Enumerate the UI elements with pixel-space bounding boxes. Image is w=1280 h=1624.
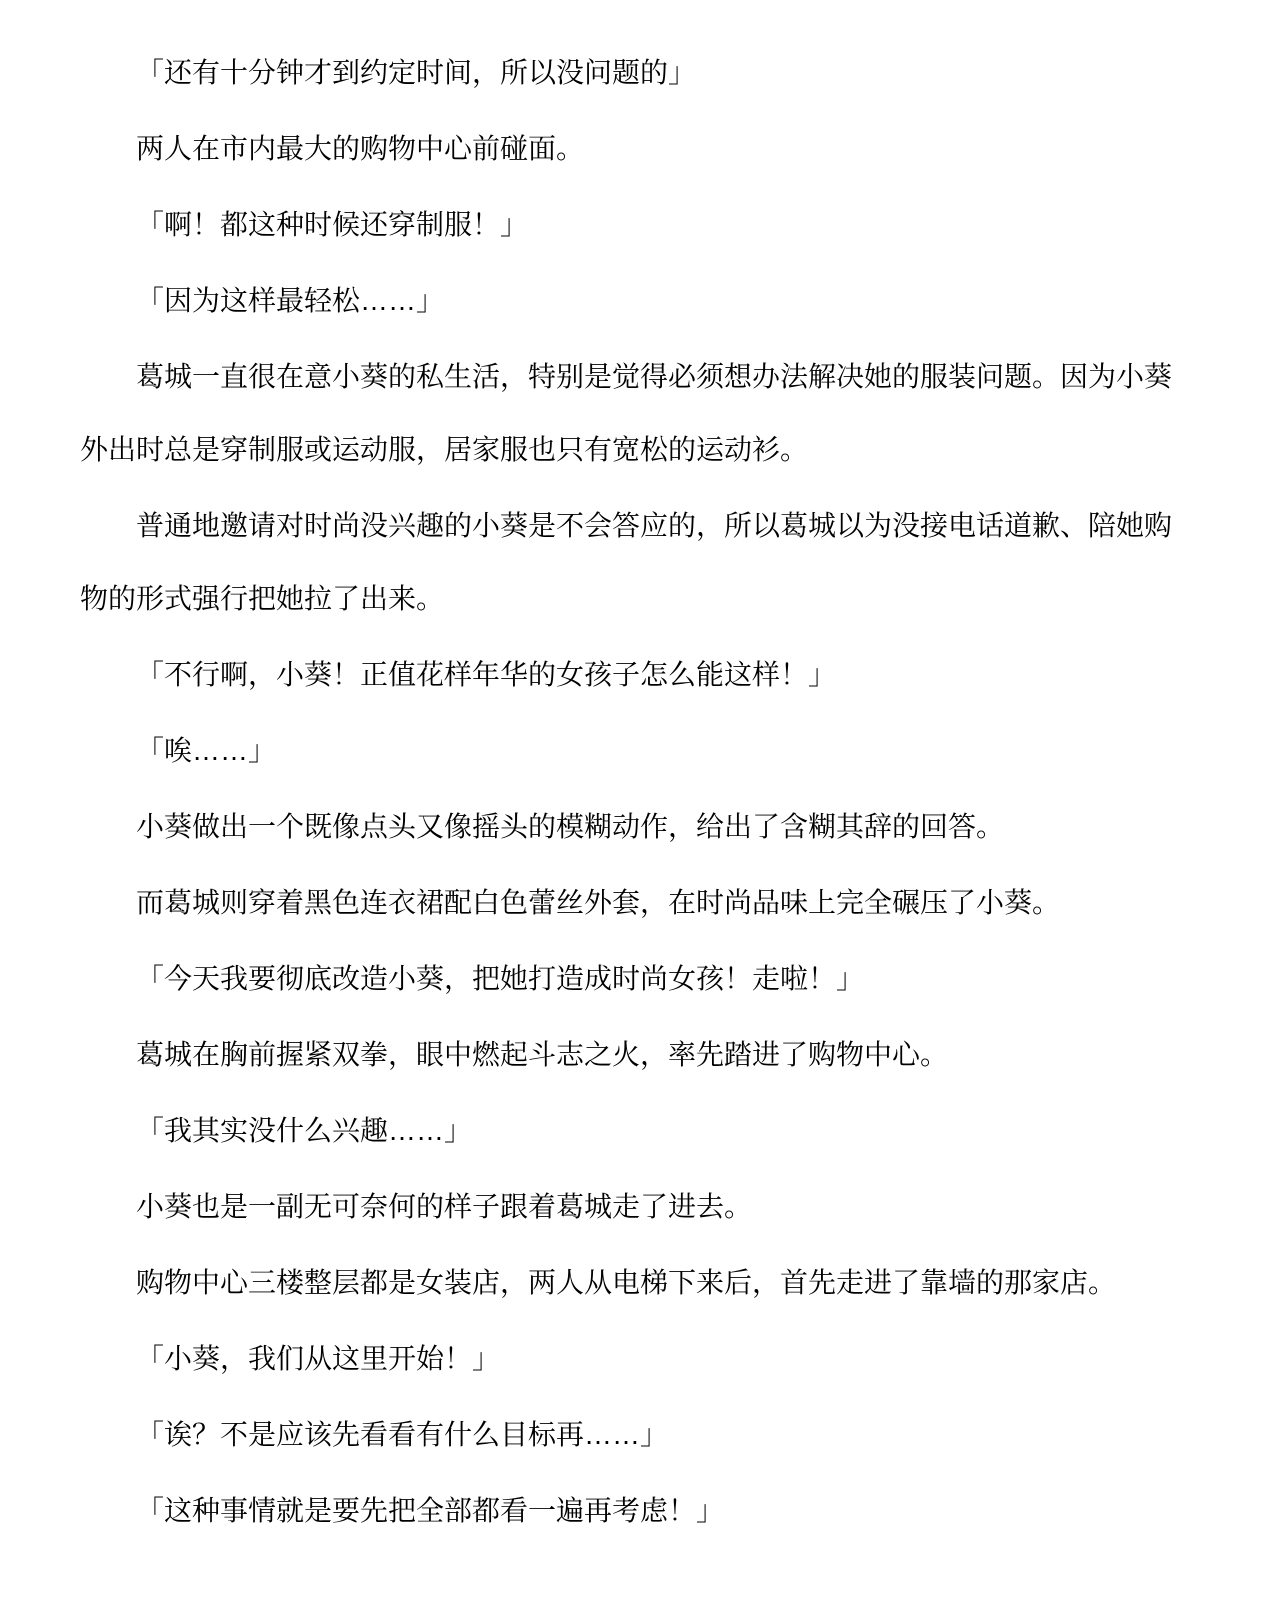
paragraph-dialogue: 「诶？不是应该先看看有什么目标再……」 bbox=[80, 1398, 1180, 1471]
paragraph-dialogue: 「因为这样最轻松……」 bbox=[80, 264, 1180, 337]
paragraph-narration: 葛城一直很在意小葵的私生活，特别是觉得必须想办法解决她的服装问题。因为小葵外出时… bbox=[80, 340, 1180, 486]
paragraph-narration: 普通地邀请对时尚没兴趣的小葵是不会答应的，所以葛城以为没接电话道歉、陪她购物的形… bbox=[80, 489, 1180, 635]
paragraph-dialogue: 「不行啊，小葵！正值花样年华的女孩子怎么能这样！」 bbox=[80, 638, 1180, 711]
paragraph-list: 「还有十分钟才到约定时间，所以没问题的」两人在市内最大的购物中心前碰面。「啊！都… bbox=[80, 36, 1180, 1547]
paragraph-dialogue: 「还有十分钟才到约定时间，所以没问题的」 bbox=[80, 36, 1180, 109]
paragraph-narration: 购物中心三楼整层都是女装店，两人从电梯下来后，首先走进了靠墙的那家店。 bbox=[80, 1246, 1180, 1319]
paragraph-dialogue: 「啊！都这种时候还穿制服！」 bbox=[80, 188, 1180, 261]
paragraph-narration: 葛城在胸前握紧双拳，眼中燃起斗志之火，率先踏进了购物中心。 bbox=[80, 1018, 1180, 1091]
document-page: 「还有十分钟才到约定时间，所以没问题的」两人在市内最大的购物中心前碰面。「啊！都… bbox=[0, 0, 1280, 1547]
paragraph-dialogue: 「今天我要彻底改造小葵，把她打造成时尚女孩！走啦！」 bbox=[80, 942, 1180, 1015]
paragraph-narration: 小葵也是一副无可奈何的样子跟着葛城走了进去。 bbox=[80, 1170, 1180, 1243]
paragraph-narration: 两人在市内最大的购物中心前碰面。 bbox=[80, 112, 1180, 185]
paragraph-dialogue: 「唉……」 bbox=[80, 714, 1180, 787]
paragraph-narration: 而葛城则穿着黑色连衣裙配白色蕾丝外套，在时尚品味上完全碾压了小葵。 bbox=[80, 866, 1180, 939]
paragraph-narration: 小葵做出一个既像点头又像摇头的模糊动作，给出了含糊其辞的回答。 bbox=[80, 790, 1180, 863]
paragraph-dialogue: 「小葵，我们从这里开始！」 bbox=[80, 1322, 1180, 1395]
paragraph-dialogue: 「这种事情就是要先把全部都看一遍再考虑！」 bbox=[80, 1474, 1180, 1547]
paragraph-dialogue: 「我其实没什么兴趣……」 bbox=[80, 1094, 1180, 1167]
